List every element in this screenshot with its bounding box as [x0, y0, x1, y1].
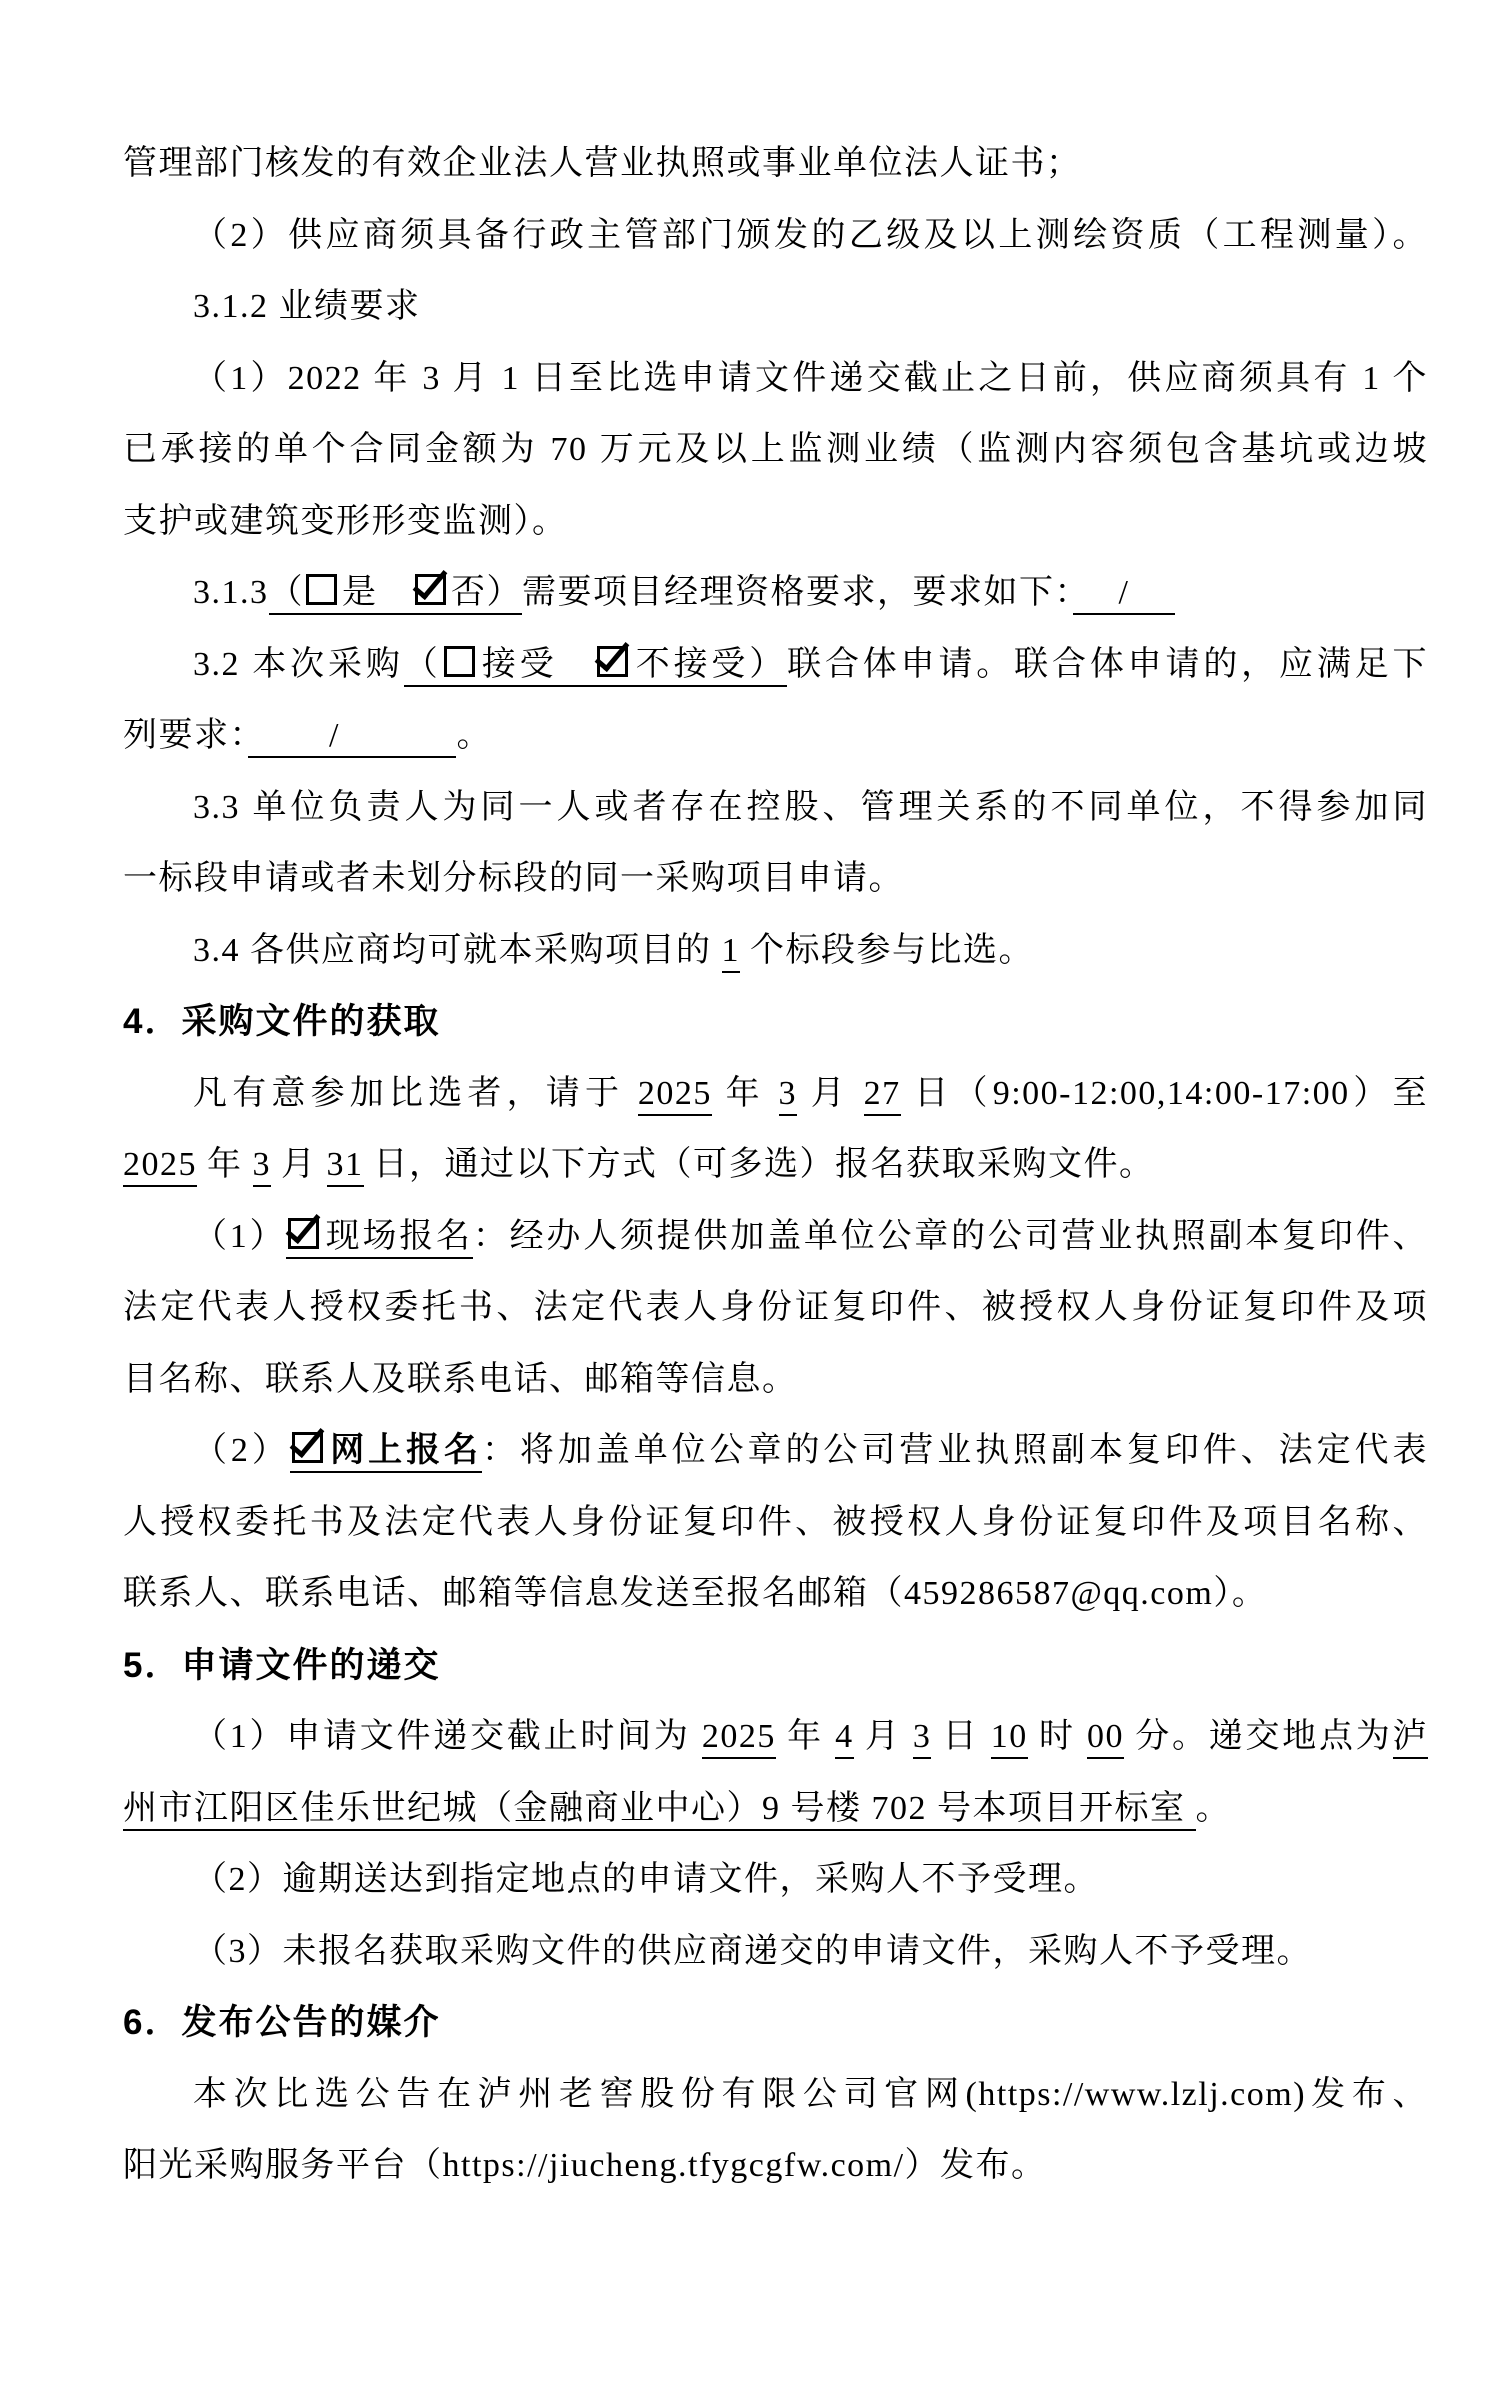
text-line: 本次比选公告在泸州老窖股份有限公司官网(https://www.lzlj.com…	[123, 2059, 1428, 2131]
text-run: 3	[913, 1718, 932, 1759]
text-run: 3.3 单位负责人为同一人或者存在控股、管理关系的不同单位，不得参加同	[193, 789, 1428, 826]
text-run: 凡有意参加比选者，请于	[193, 1075, 638, 1112]
text-run: 3.1.3	[193, 574, 269, 611]
underlined-group: （接受 不接受）	[404, 646, 787, 687]
text-line: 2025 年 3 月 31 日，通过以下方式（可多选）报名获取采购文件。	[123, 1129, 1428, 1201]
text-run: 2025	[702, 1718, 776, 1759]
blank-slash-field: /	[248, 717, 456, 758]
text-run: 2025	[638, 1075, 712, 1116]
text-line: 列要求： / 。	[123, 700, 1428, 772]
text-run: 联系人、联系电话、邮箱等信息发送至报名邮箱（459286587@qq.com）。	[123, 1575, 1267, 1612]
text-run: 5．申请文件的递交	[123, 1646, 440, 1685]
checkbox-checked-icon	[415, 574, 446, 605]
text-run: 个标段参与比选。	[740, 932, 1034, 969]
text-line: （1）现场报名：经办人须提供加盖单位公章的公司营业执照副本复印件、	[123, 1201, 1428, 1273]
text-run: 本次比选公告在泸州老窖股份有限公司官网(https://www.lzlj.com…	[193, 2076, 1428, 2113]
text-run: 年	[197, 1146, 253, 1183]
text-run: 现场报名	[324, 1218, 472, 1255]
text-line: （2）逾期送达到指定地点的申请文件，采购人不予受理。	[123, 1844, 1428, 1916]
text-run: 不接受）	[633, 646, 787, 683]
text-run: 4	[835, 1718, 854, 1759]
text-run: 6．发布公告的媒介	[123, 2003, 440, 2042]
checkbox-checked-icon	[292, 1432, 323, 1463]
text-run: 31	[327, 1146, 364, 1187]
text-run: （2）逾期送达到指定地点的申请文件，采购人不予受理。	[193, 1861, 1099, 1898]
text-line: 联系人、联系电话、邮箱等信息发送至报名邮箱（459286587@qq.com）。	[123, 1558, 1428, 1630]
text-line: 支护或建筑变形形变监测）。	[123, 486, 1428, 558]
text-run: 阳光采购服务平台（https://jiucheng.tfygcgfw.com/）…	[123, 2147, 1047, 2184]
underlined-group: （是 否）	[269, 574, 523, 615]
text-run: 目名称、联系人及联系电话、邮箱等信息。	[123, 1361, 798, 1398]
text-run: （2）供应商须具备行政主管部门颁发的乙级及以上测绘资质（工程测量）。	[193, 217, 1428, 254]
text-run: 3	[253, 1146, 272, 1187]
text-run: 法定代表人授权委托书、法定代表人身份证复印件、被授权人身份证复印件及项	[123, 1289, 1428, 1326]
text-run: （1）2022 年 3 月 1 日至比选申请文件递交截止之日前，供应商须具有 1…	[193, 360, 1428, 397]
text-run: 需要项目经理资格要求，要求如下：	[522, 574, 1073, 611]
text-line: 目名称、联系人及联系电话、邮箱等信息。	[123, 1344, 1428, 1416]
text-run: 2025	[123, 1146, 197, 1187]
text-line: 3.1.3（是 否）需要项目经理资格要求，要求如下： /	[123, 557, 1428, 629]
text-run: （1）申请文件递交截止时间为	[193, 1718, 702, 1755]
text-line: 凡有意参加比选者，请于 2025 年 3 月 27 日（9:00-12:00,1…	[123, 1058, 1428, 1130]
text-line: 州市江阳区佳乐世纪城（金融商业中心）9 号楼 702 号本项目开标室 。	[123, 1773, 1428, 1845]
text-run: 一标段申请或者未划分标段的同一采购项目申请。	[123, 860, 904, 897]
text-run: 4．采购文件的获取	[123, 1002, 440, 1041]
text-run: 支护或建筑变形形变监测）。	[123, 503, 568, 540]
text-line: （1）申请文件递交截止时间为 2025 年 4 月 3 日 10 时 00 分。…	[123, 1701, 1428, 1773]
text-run: 州市江阳区佳乐世纪城（金融商业中心）9 号楼 702 号本项目开标室	[123, 1790, 1196, 1831]
text-run: 年	[712, 1075, 779, 1112]
text-run: 10	[991, 1718, 1028, 1759]
text-run: 已承接的单个合同金额为 70 万元及以上监测业绩（监测内容须包含基坑或边坡	[123, 431, 1428, 468]
text-run: 日，通过以下方式（可多选）报名获取采购文件。	[364, 1146, 1155, 1183]
text-run: 。	[456, 717, 492, 754]
text-line: 3.1.2 业绩要求	[123, 271, 1428, 343]
text-run: 月	[271, 1146, 327, 1183]
underlined-group: 现场报名	[286, 1218, 472, 1259]
text-run: 日（9:00-12:00,14:00-17:00）至	[901, 1075, 1428, 1112]
section-heading: 6．发布公告的媒介	[123, 1987, 1428, 2059]
checkbox-unchecked-icon	[306, 574, 337, 605]
text-run: 3.2 本次采购	[193, 646, 404, 683]
text-run: 否）	[451, 574, 522, 611]
text-run: 联合体申请。联合体申请的，应满足下	[787, 646, 1428, 683]
text-line: 3.3 单位负责人为同一人或者存在控股、管理关系的不同单位，不得参加同	[123, 772, 1428, 844]
text-run: 是	[342, 574, 413, 611]
checkbox-checked-icon	[597, 646, 628, 677]
text-line: （2）网上报名：将加盖单位公章的公司营业执照副本复印件、法定代表	[123, 1415, 1428, 1487]
text-line: 法定代表人授权委托书、法定代表人身份证复印件、被授权人身份证复印件及项	[123, 1272, 1428, 1344]
text-run: ：将加盖单位公章的公司营业执照副本复印件、法定代表	[482, 1432, 1428, 1469]
blank-slash-field: /	[1073, 574, 1175, 615]
text-line: 一标段申请或者未划分标段的同一采购项目申请。	[123, 843, 1428, 915]
text-run: 泸	[1393, 1718, 1429, 1759]
text-run: 网上报名	[328, 1432, 482, 1469]
text-run: 人授权委托书及法定代表人身份证复印件、被授权人身份证复印件及项目名称、	[123, 1504, 1428, 1541]
text-line: 管理部门核发的有效企业法人营业执照或事业单位法人证书；	[123, 128, 1428, 200]
text-run: 27	[864, 1075, 901, 1116]
text-line: （1）2022 年 3 月 1 日至比选申请文件递交截止之日前，供应商须具有 1…	[123, 343, 1428, 415]
text-line: 已承接的单个合同金额为 70 万元及以上监测业绩（监测内容须包含基坑或边坡	[123, 414, 1428, 486]
document-page: 管理部门核发的有效企业法人营业执照或事业单位法人证书；（2）供应商须具备行政主管…	[0, 0, 1500, 2399]
text-run: 3	[779, 1075, 798, 1116]
text-run: 。	[1196, 1790, 1232, 1827]
text-run: （2）	[193, 1432, 290, 1469]
text-run: 列要求：	[123, 717, 248, 754]
text-run: 时	[1028, 1718, 1087, 1755]
text-run: 分。递交地点为	[1124, 1718, 1393, 1755]
checkbox-unchecked-icon	[444, 646, 475, 677]
text-run: 3.1.2 业绩要求	[193, 288, 421, 325]
checkbox-checked-icon	[288, 1218, 319, 1249]
text-line: （2）供应商须具备行政主管部门颁发的乙级及以上测绘资质（工程测量）。	[123, 200, 1428, 272]
text-run: 1	[722, 932, 741, 973]
text-run: 日	[931, 1718, 990, 1755]
text-line: （3）未报名获取采购文件的供应商递交的申请文件，采购人不予受理。	[123, 1916, 1428, 1988]
text-line: 阳光采购服务平台（https://jiucheng.tfygcgfw.com/）…	[123, 2130, 1428, 2202]
document-body: 管理部门核发的有效企业法人营业执照或事业单位法人证书；（2）供应商须具备行政主管…	[123, 0, 1428, 2202]
underlined-group: 网上报名	[290, 1432, 482, 1473]
text-run: 月	[854, 1718, 913, 1755]
text-run: 月	[797, 1075, 864, 1112]
text-run: 年	[776, 1718, 835, 1755]
section-heading: 5．申请文件的递交	[123, 1630, 1428, 1702]
text-run: ：经办人须提供加盖单位公章的公司营业执照副本复印件、	[473, 1218, 1428, 1255]
section-heading: 4．采购文件的获取	[123, 986, 1428, 1058]
text-run: 00	[1087, 1718, 1124, 1759]
text-run: （	[269, 574, 305, 611]
text-run: （1）	[193, 1218, 286, 1255]
text-run: 管理部门核发的有效企业法人营业执照或事业单位法人证书；	[123, 145, 1082, 182]
text-run: （3）未报名获取采购文件的供应商递交的申请文件，采购人不予受理。	[193, 1933, 1312, 1970]
text-line: 3.2 本次采购（接受 不接受）联合体申请。联合体申请的，应满足下	[123, 629, 1428, 701]
text-run: 接受	[480, 646, 596, 683]
text-line: 3.4 各供应商均可就本采购项目的 1 个标段参与比选。	[123, 915, 1428, 987]
text-line: 人授权委托书及法定代表人身份证复印件、被授权人身份证复印件及项目名称、	[123, 1487, 1428, 1559]
text-run: 3.4 各供应商均可就本采购项目的	[193, 932, 722, 969]
text-run: （	[404, 646, 442, 683]
